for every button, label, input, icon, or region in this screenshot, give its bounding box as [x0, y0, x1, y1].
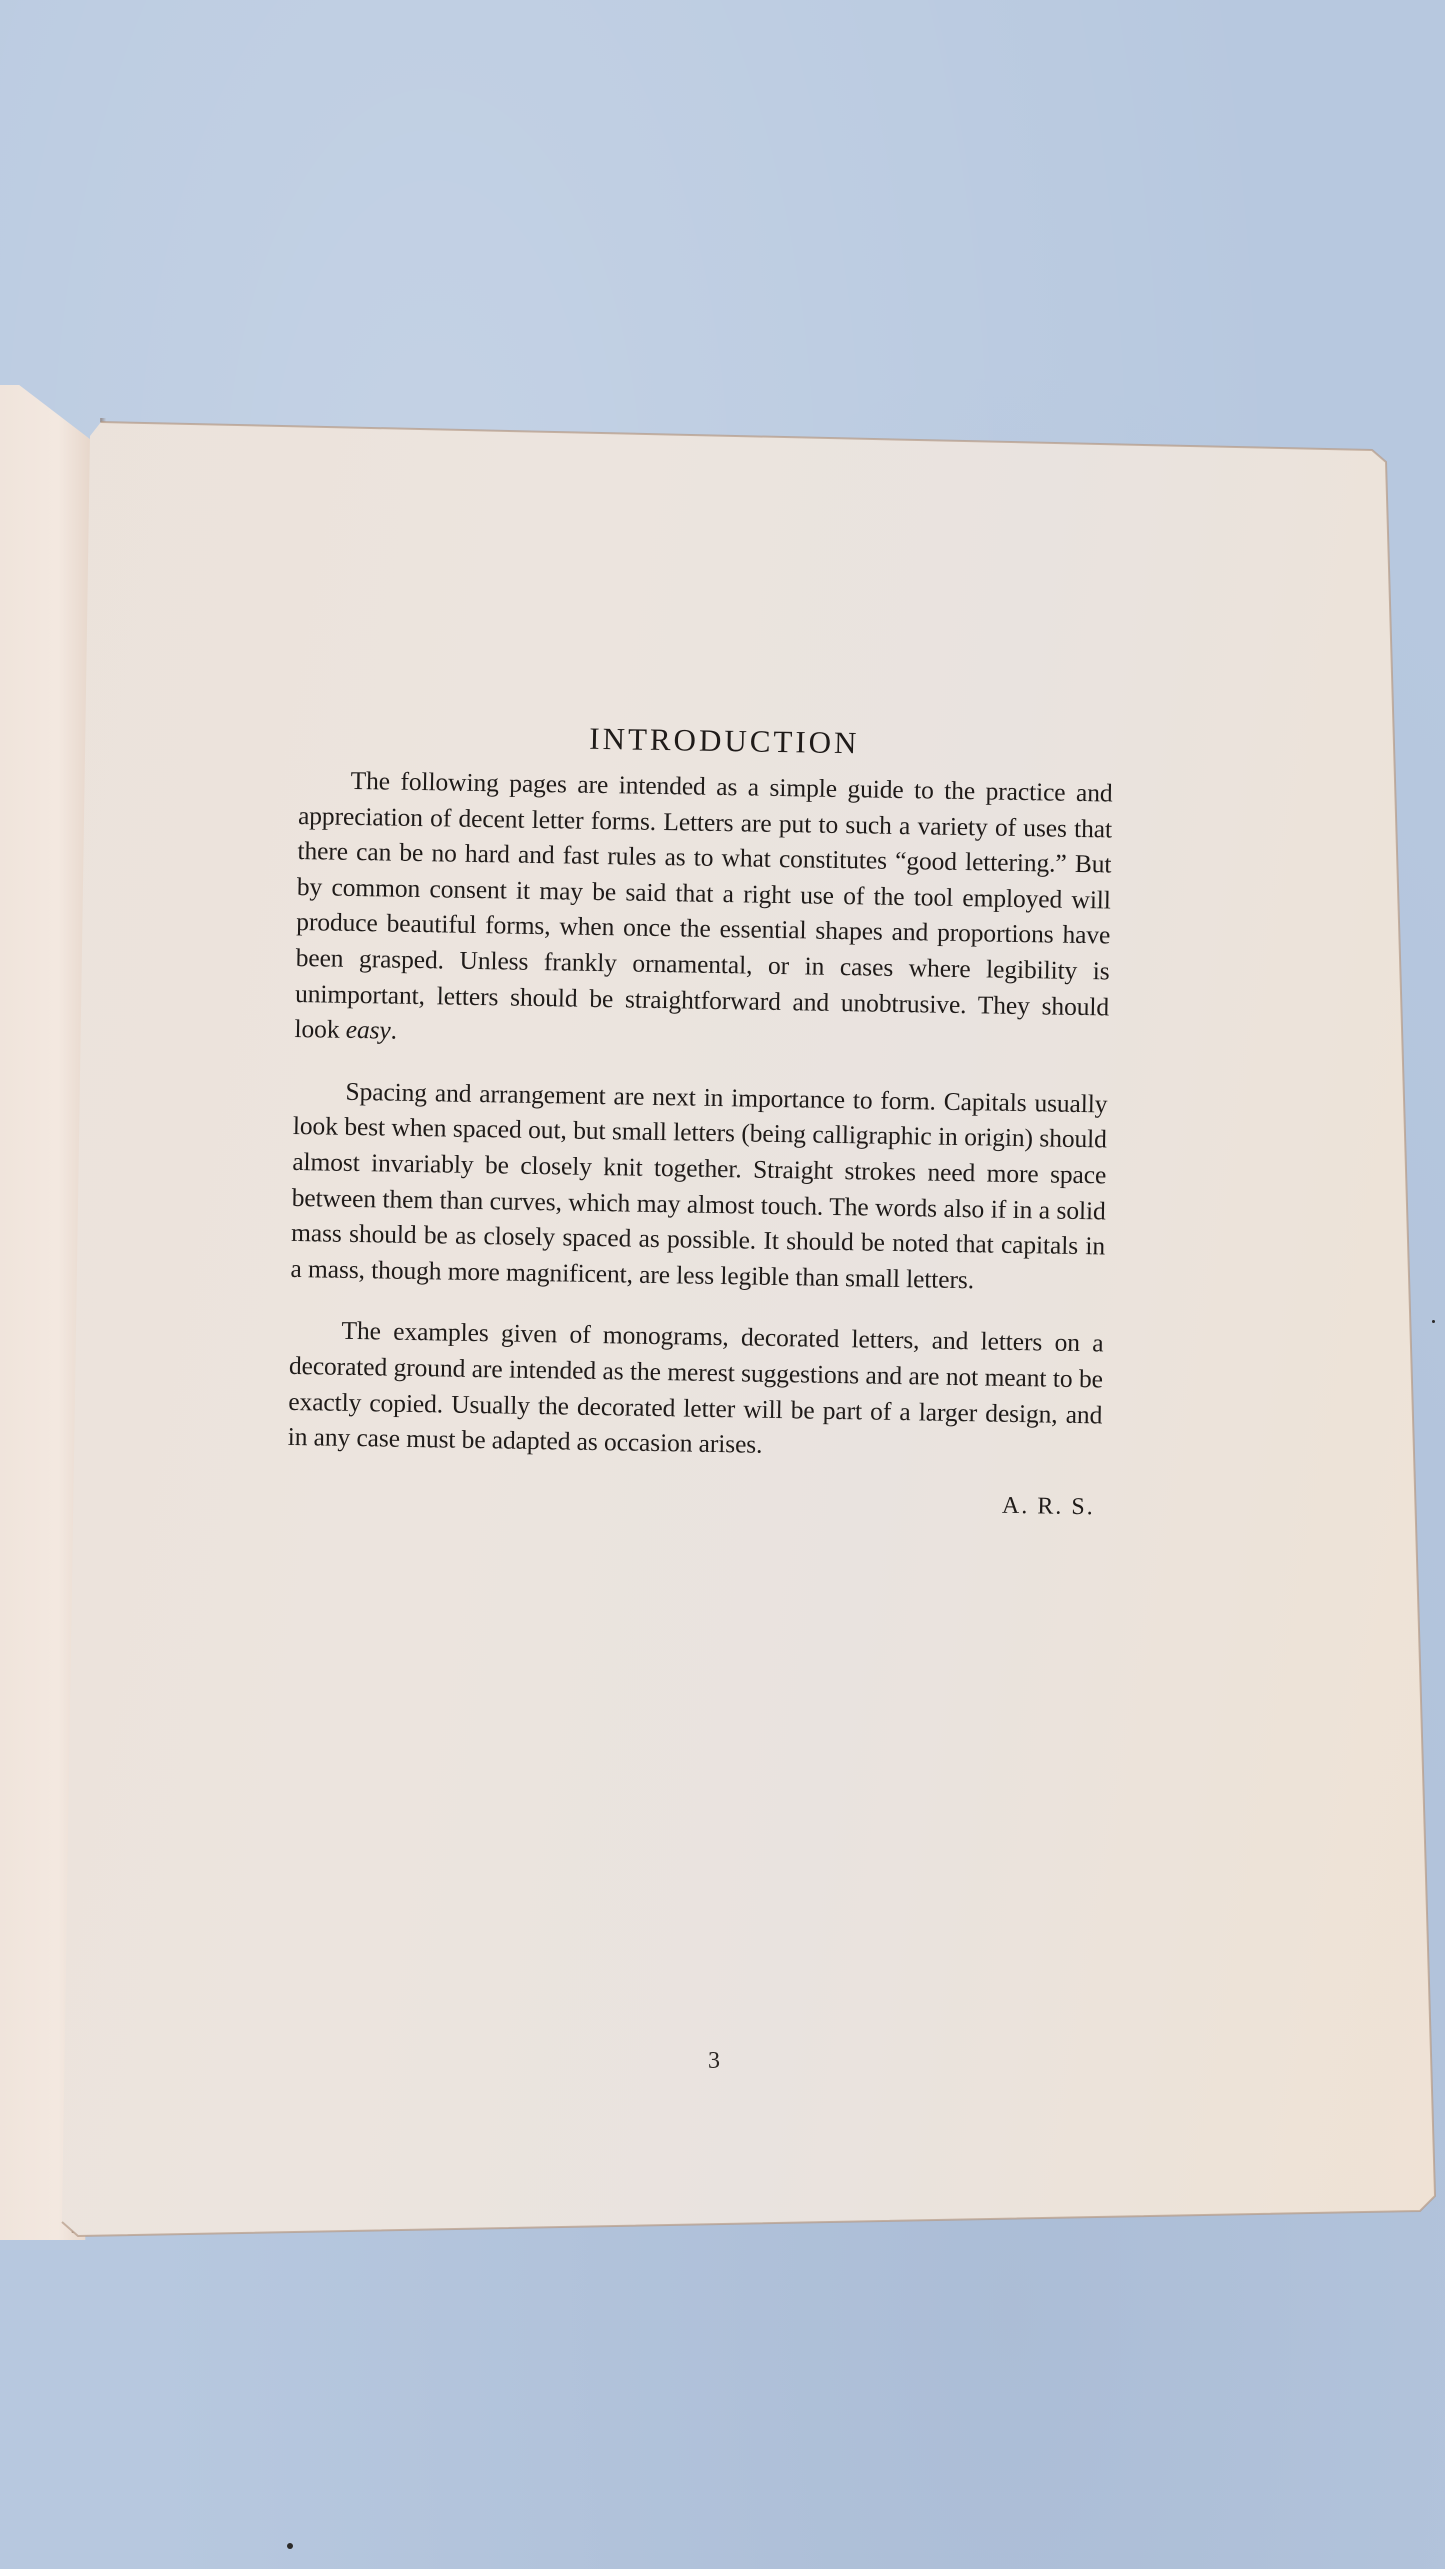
paragraph-3-text: The examples given of monograms, decorat…	[288, 1316, 1104, 1459]
page-title: INTRODUCTION	[299, 714, 1114, 767]
paragraph-1-text: The following pages are intended as a si…	[294, 766, 1112, 1044]
paragraph-1-tail: .	[390, 1016, 397, 1045]
page-number: 3	[708, 2048, 720, 2075]
paragraph-2: Spacing and arrangement are next in impo…	[290, 1073, 1107, 1300]
paragraph-1-emphasis: easy	[346, 1015, 391, 1045]
paragraph-1: The following pages are intended as a si…	[294, 762, 1113, 1060]
text-block: INTRODUCTION The following pages are int…	[287, 700, 1114, 1521]
speck	[1432, 1320, 1435, 1323]
paragraph-2-text: Spacing and arrangement are next in impo…	[290, 1077, 1107, 1294]
speck	[287, 2543, 293, 2549]
paragraph-3: The examples given of monograms, decorat…	[287, 1312, 1103, 1468]
